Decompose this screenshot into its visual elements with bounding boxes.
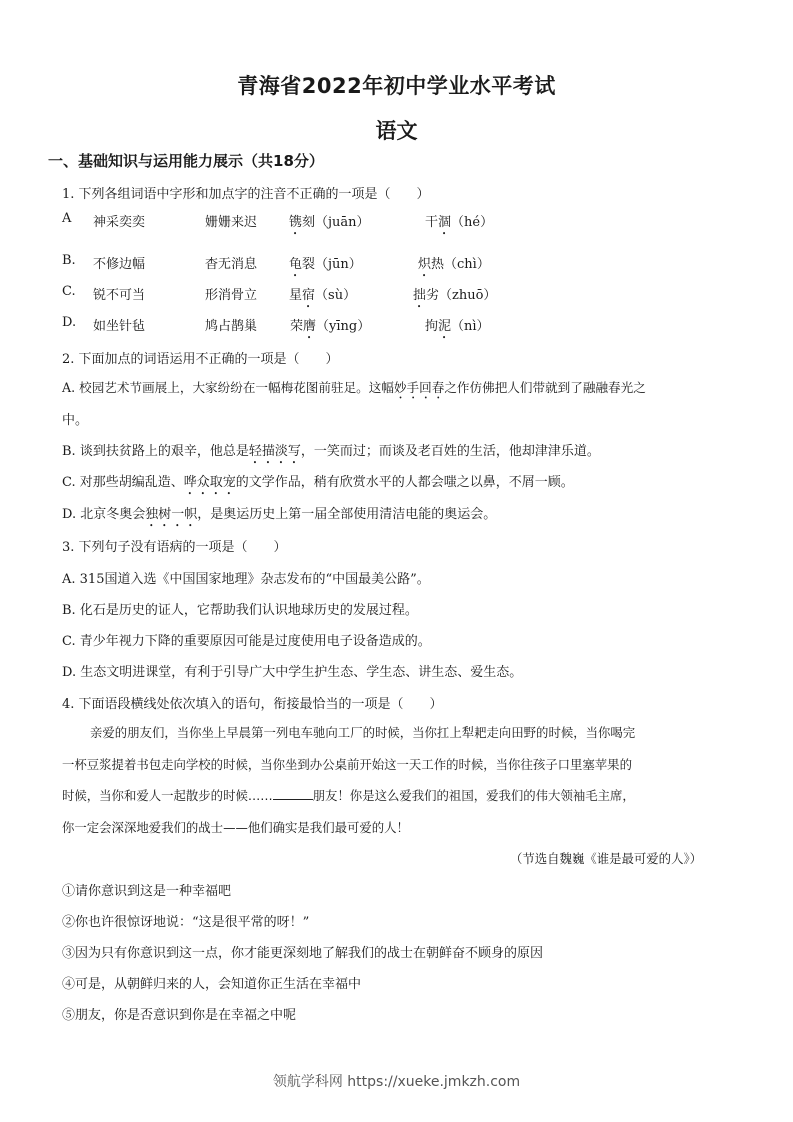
passage-line-1: 亲爱的朋友们，当你坐上早晨第一列电车驰向工厂的时候，当你扛上犁耙走向田野的时候，… [90,723,635,741]
option-label: B. [62,253,76,268]
q2-option-a: A. 校园艺术节画展上，大家纷纷在一幅梅花图前驻足。这幅妙手回春之作仿佛把人们带… [62,377,646,402]
q4-item-1: ①请你意识到这是一种幸福吧 [62,880,231,899]
option-label: D. [62,315,76,330]
exam-title: 青海省2022年初中学业水平考试 [0,70,793,100]
word-4: 炽热（chì） [418,253,490,280]
passage-line-4: 你一定会深深地爱我们的战士——他们确实是我们最可爱的人！ [62,818,409,836]
passage-source: （节选自魏巍《谁是最可爱的人》） [510,849,702,867]
q4-item-4: ④可是，从朝鲜归来的人，会知道你正生活在幸福中 [62,973,361,992]
word-1: 如坐针毡 [93,315,145,334]
q2-option-b: B. 谈到扶贫路上的艰辛，他总是轻描淡写，一笑而过；而谈及老百姓的生活，他却津津… [62,440,600,467]
word-3: 星宿（sù） [289,284,356,311]
q4-item-3: ③因为只有你意识到这一点，你才能更深刻地了解我们的战士在朝鲜奋不顾身的原因 [62,942,543,961]
word-1: 神采奕奕 [93,211,145,230]
word-3: 荣膺（yīng） [290,315,370,342]
q4-item-5: ⑤朋友，你是否意识到你是在幸福之中呢 [62,1004,296,1023]
word-2: 形消骨立 [205,284,257,303]
q2-stem: 2. 下面加点的词语运用不正确的一项是（ ） [62,348,339,367]
q2-option-c: C. 对那些胡编乱造、哗众取宠的文学作品，稍有欣赏水平的人都会嗤之以鼻，不屑一顾… [62,471,574,498]
word-2: 杳无消息 [205,253,257,272]
word-2: 姗姗来迟 [205,211,257,230]
passage-line-3: 时候，当你和爱人一起散步的时候……朋友！你是这么爱我们的祖国，爱我们的伟大领袖毛… [62,786,635,804]
word-4: 拙劣（zhuō） [413,284,496,311]
q3-option-c: C. 青少年视力下降的重要原因可能是过度使用电子设备造成的。 [62,630,431,649]
word-2: 鸠占鹊巢 [205,315,257,334]
word-3: 龟裂（jūn） [289,253,362,280]
word-1: 锐不可当 [93,284,145,303]
q3-option-a: A. 315国道入选《中国国家地理》杂志发布的“中国最美公路”。 [62,568,430,587]
q4-item-2: ②你也许很惊讶地说：“这是很平常的呀！” [62,911,309,930]
q3-option-d: D. 生态文明进课堂，有利于引导广大中学生护生态、学生态、讲生态、爱生态。 [62,661,522,680]
q1-stem: 1. 下列各组词语中字形和加点字的注音不正确的一项是（ ） [62,183,430,202]
q3-option-b: B. 化石是历史的证人，它帮助我们认识地球历史的发展过程。 [62,599,418,618]
q4-stem: 4. 下面语段横线处依次填入的语句，衔接最恰当的一项是（ ） [62,693,443,712]
q2-option-a-continued: 中。 [62,409,88,428]
word-4: 拘泥（nì） [425,315,490,342]
watermark: 领航学科网 https://xueke.jmkzh.com [0,1071,793,1091]
option-label: A [62,211,71,226]
option-label: C. [62,284,76,299]
word-1: 不修边幅 [93,253,145,272]
q2-option-d: D. 北京冬奥会独树一帜，是奥运历史上第一届全部使用清洁电能的奥运会。 [62,503,496,530]
passage-line-2: 一杯豆浆提着书包走向学校的时候，当你坐到办公桌前开始这一天工作的时候，当你往孩子… [62,755,632,773]
section-heading: 一、基础知识与运用能力展示（共18分） [48,150,324,171]
q3-stem: 3. 下列句子没有语病的一项是（ ） [62,536,287,555]
word-3: 镌刻（juān） [289,211,370,238]
word-4: 干涸（hé） [425,211,493,238]
fill-blank [273,787,313,800]
subject-title: 语文 [0,115,793,145]
